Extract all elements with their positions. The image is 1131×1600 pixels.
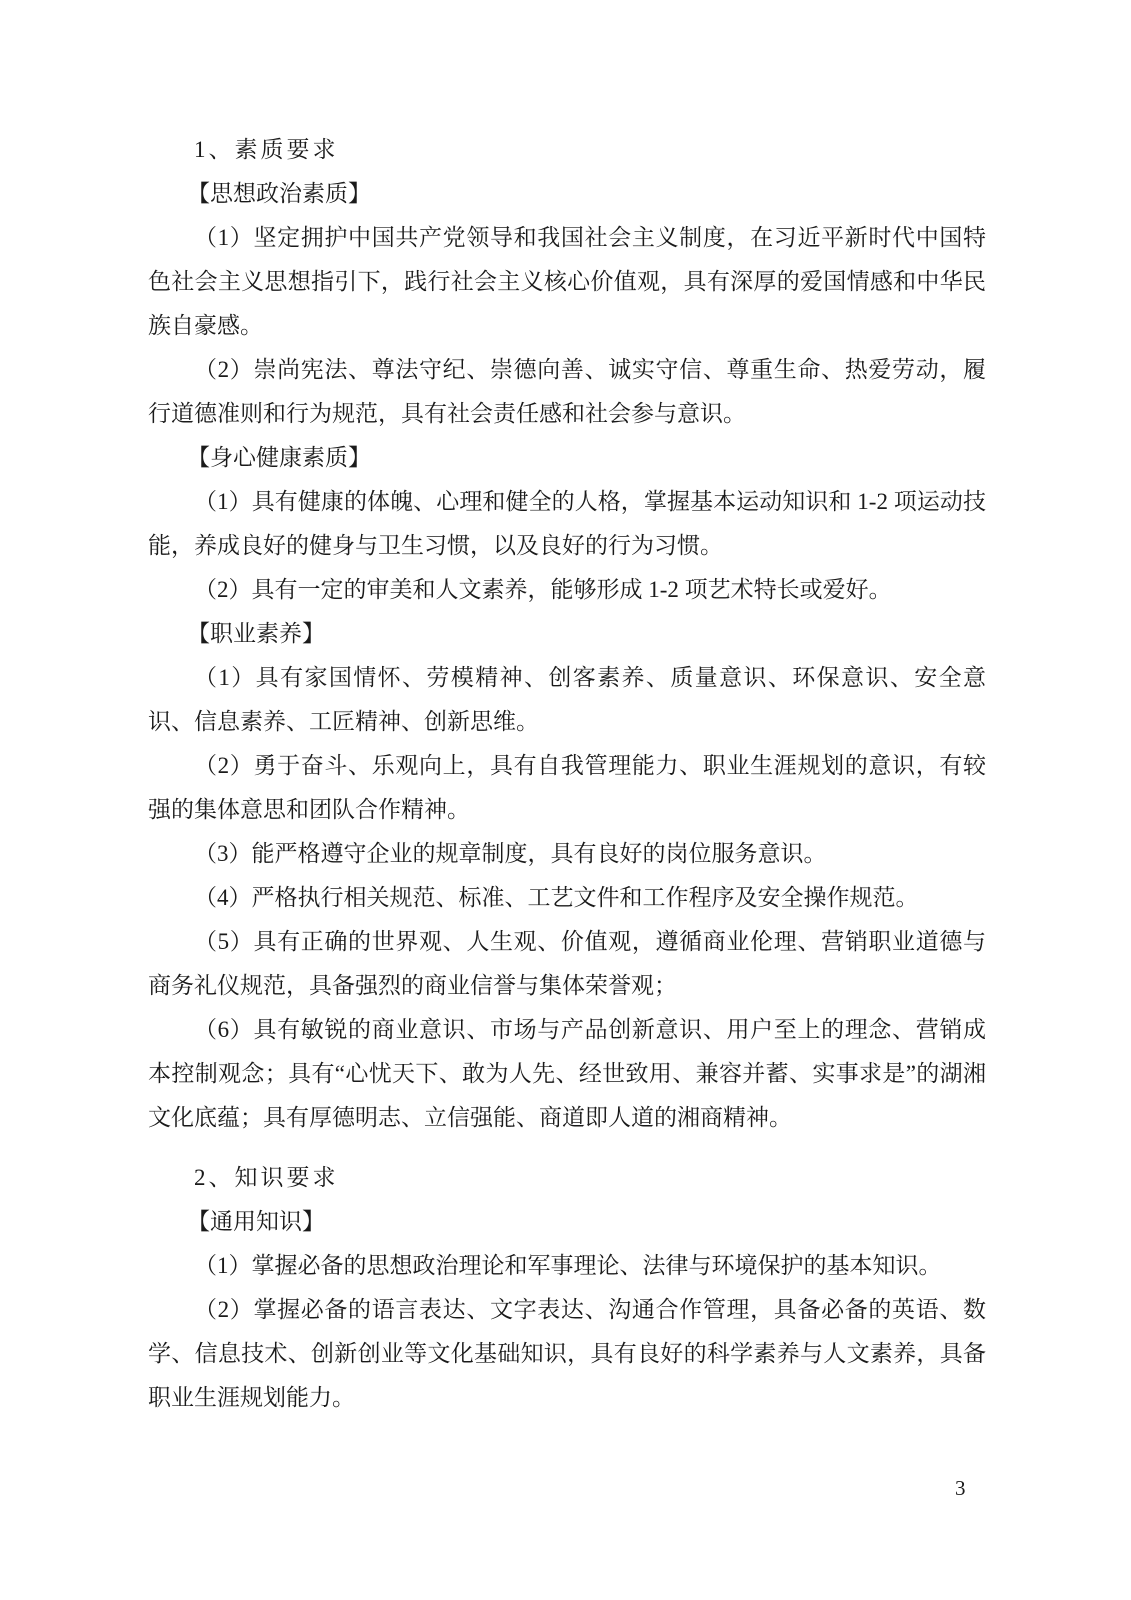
page-number: 3 [955,1475,966,1501]
paragraph-professional-4: （4）严格执行相关规范、标准、工艺文件和工作程序及安全操作规范。 [148,876,986,920]
paragraph-knowledge-1: （1）掌握必备的思想政治理论和军事理论、法律与环境保护的基本知识。 [148,1244,986,1288]
paragraph-professional-1: （1）具有家国情怀、劳模精神、创客素养、质量意识、环保意识、安全意识、信息素养、… [148,656,986,744]
paragraph-ideological-1: （1）坚定拥护中国共产党领导和我国社会主义制度，在习近平新时代中国特色社会主义思… [148,216,986,348]
paragraph-knowledge-2: （2）掌握必备的语言表达、文字表达、沟通合作管理，具备必备的英语、数学、信息技术… [148,1288,986,1420]
subheading-ideological-political-quality: 【思想政治素质】 [148,172,986,216]
paragraph-health-1: （1）具有健康的体魄、心理和健全的人格，掌握基本运动知识和 1-2 项运动技能，… [148,480,986,568]
subheading-physical-mental-health: 【身心健康素质】 [148,436,986,480]
document-page: 1、素质要求 【思想政治素质】 （1）坚定拥护中国共产党领导和我国社会主义制度，… [148,128,986,1420]
paragraph-professional-5: （5）具有正确的世界观、人生观、价值观，遵循商业伦理、营销职业道德与商务礼仪规范… [148,920,986,1008]
paragraph-professional-2: （2）勇于奋斗、乐观向上，具有自我管理能力、职业生涯规划的意识，有较强的集体意思… [148,744,986,832]
paragraph-professional-6: （6）具有敏锐的商业意识、市场与产品创新意识、用户至上的理念、营销成本控制观念；… [148,1008,986,1140]
paragraph-ideological-2: （2）崇尚宪法、尊法守纪、崇德向善、诚实守信、尊重生命、热爱劳动，履行道德准则和… [148,348,986,436]
subheading-professional-quality: 【职业素养】 [148,612,986,656]
paragraph-health-2: （2）具有一定的审美和人文素养，能够形成 1-2 项艺术特长或爱好。 [148,568,986,612]
subheading-general-knowledge: 【通用知识】 [148,1200,986,1244]
heading-knowledge-requirements: 2、知识要求 [148,1156,986,1200]
paragraph-professional-3: （3）能严格遵守企业的规章制度，具有良好的岗位服务意识。 [148,832,986,876]
heading-quality-requirements: 1、素质要求 [148,128,986,172]
